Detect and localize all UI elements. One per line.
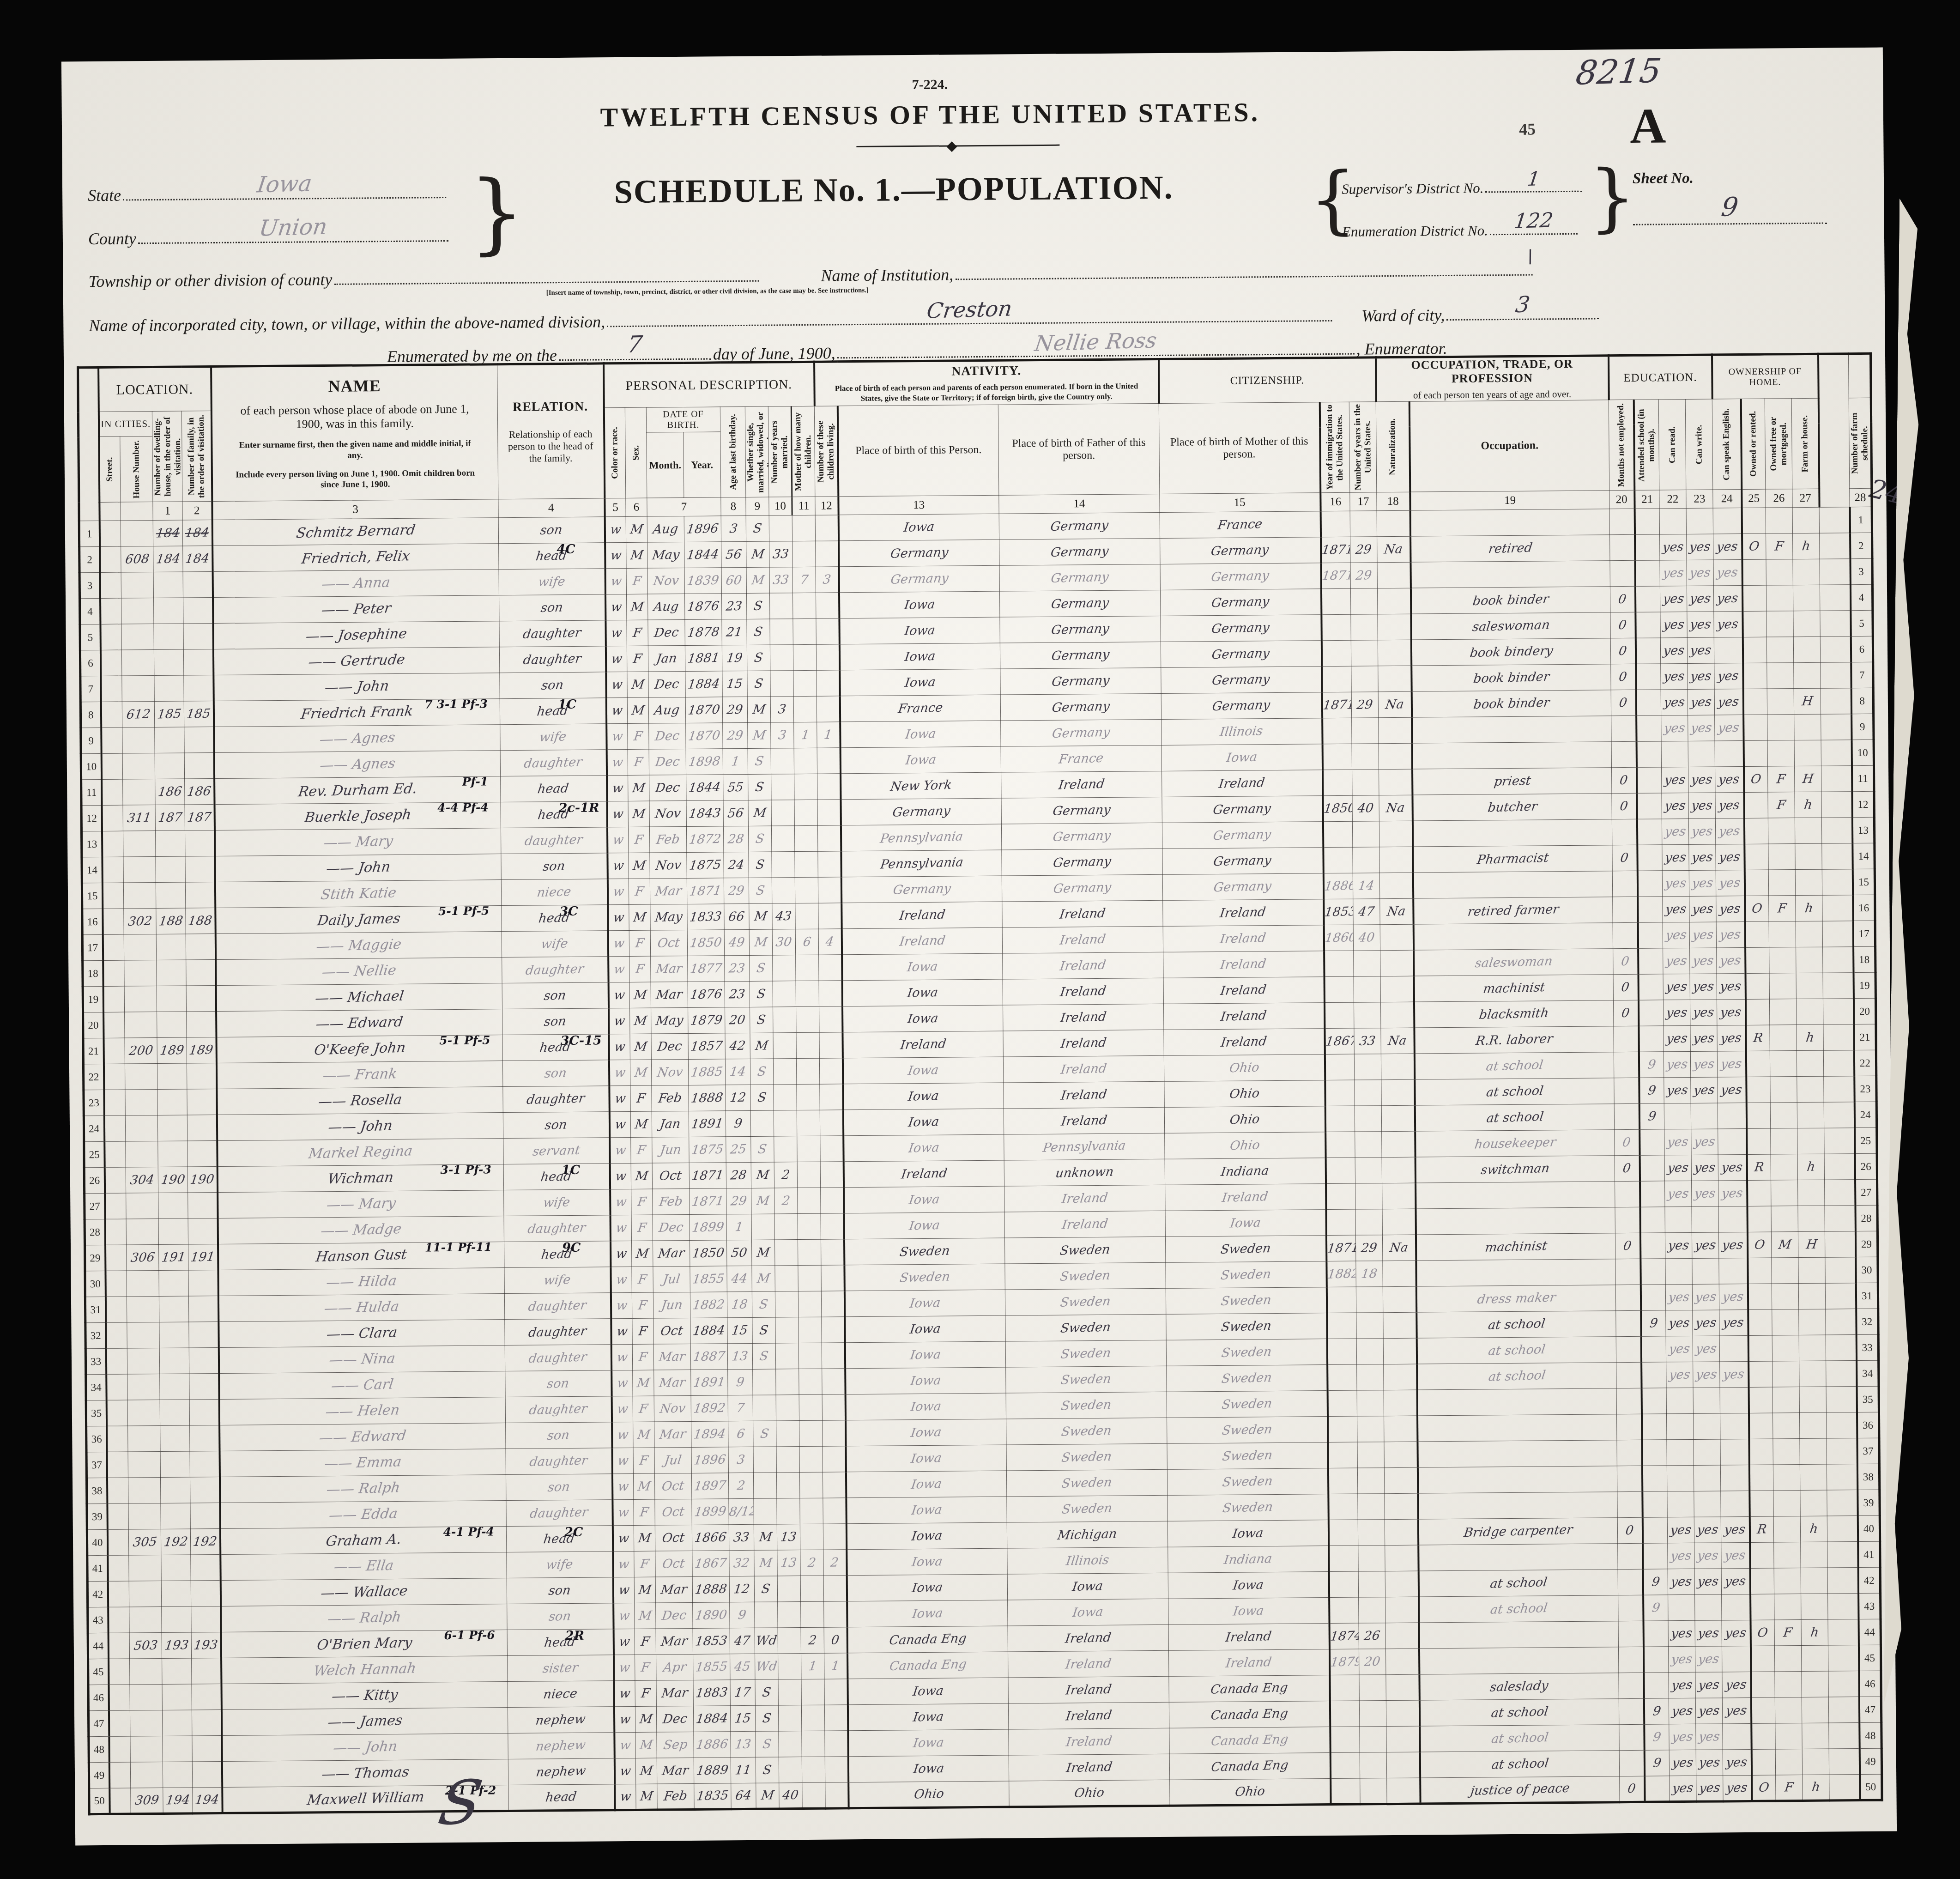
city-label: Name of incorporated city, town, or vill…	[89, 312, 605, 335]
cell-fam	[188, 1192, 218, 1218]
cell-co: w	[605, 516, 626, 542]
cell-co: w	[609, 1034, 630, 1060]
col-header-years-married: Number of years married.	[768, 406, 792, 497]
row-number-left: 38	[86, 1478, 107, 1503]
cell-cl	[820, 1136, 843, 1162]
cell-st	[105, 1245, 127, 1271]
cell-en	[1714, 637, 1742, 663]
cell-relation: son	[502, 1008, 609, 1035]
cell-fa: H	[1795, 766, 1821, 792]
cell-wr: yes	[1688, 663, 1714, 689]
col-header-color: Color or race.	[604, 407, 626, 498]
cell-cl	[817, 825, 841, 851]
cell-na	[1379, 743, 1412, 770]
cell-st	[102, 779, 123, 805]
cell-co: w	[605, 594, 626, 620]
cell-ma: S	[750, 1059, 773, 1085]
cell-mg	[1766, 611, 1793, 637]
cell-fs	[1822, 895, 1853, 921]
cell-fs	[1827, 1438, 1857, 1465]
cell-bf: Sweden	[1005, 1340, 1166, 1367]
cell-oc	[1419, 1647, 1619, 1674]
cell-ho: 302	[124, 908, 156, 934]
cell-yr: 1891	[691, 1370, 728, 1396]
cell-sc: 9	[1644, 1750, 1669, 1776]
cell-en: yes	[1717, 1025, 1746, 1051]
cell-yu: 33	[1354, 1028, 1381, 1054]
cell-rd: yes	[1662, 870, 1689, 896]
cell-fs	[1828, 1645, 1859, 1672]
cell-sx: F	[633, 1396, 654, 1422]
cell-rd: yes	[1665, 1232, 1692, 1258]
cell-bp: Iowa	[843, 1109, 1004, 1136]
row-number-left: 10	[81, 753, 101, 779]
cell-ym	[778, 1602, 801, 1628]
cell-dw	[162, 1606, 191, 1633]
cell-cl: 1	[824, 1653, 847, 1679]
cell-yr: 1888	[689, 1085, 726, 1111]
row-number-right: 16	[1853, 895, 1875, 921]
cell-ag: 1	[723, 748, 748, 774]
cell-yr: 1839	[684, 568, 721, 594]
cell-name: —— Emma	[219, 1449, 506, 1477]
cell-relation: son	[506, 1474, 612, 1501]
cell-ym	[770, 671, 793, 697]
cell-oc	[1417, 1440, 1617, 1467]
cell-sx: M	[631, 1241, 653, 1267]
col-header-naturalization: Naturalization.	[1376, 401, 1410, 492]
cell-dw	[159, 1270, 188, 1297]
cell-mn	[1612, 871, 1637, 897]
cell-name: Graham A.4-1 Pf-4	[220, 1527, 506, 1555]
cell-ag: 7	[728, 1395, 753, 1421]
cell-dw	[154, 675, 184, 702]
cell-relation: son	[506, 1422, 612, 1449]
row-number-left: 20	[83, 1012, 103, 1038]
cell-st	[101, 676, 122, 702]
cell-yr: 1867	[692, 1551, 729, 1577]
cell-name: Friedrich Frank7 3-1 Pf-3	[213, 699, 500, 727]
row-number-right: 23	[1854, 1076, 1876, 1102]
cell-bf: Germany	[1001, 797, 1162, 824]
cell-ho	[129, 1555, 161, 1581]
cell-mc	[799, 1420, 823, 1446]
cell-mg	[1772, 1284, 1798, 1309]
cell-rd: yes	[1660, 586, 1687, 612]
cell-st	[102, 857, 123, 883]
cell-rd: yes	[1665, 1284, 1692, 1310]
cell-ow	[1746, 1103, 1770, 1128]
cell-cl	[816, 593, 839, 618]
col-group-location: LOCATION.	[98, 367, 212, 412]
cell-name: Daily James5-1 Pf-5	[215, 906, 502, 934]
cell-oc: at school	[1418, 1570, 1618, 1597]
township-note: [Insert name of township, town, precinct…	[465, 285, 950, 298]
cell-mn	[1615, 1259, 1640, 1285]
cell-mn	[1612, 819, 1637, 845]
cell-relation: daughter	[505, 1345, 611, 1371]
cell-oc: R.R. laborer	[1414, 1026, 1614, 1054]
cell-mc	[801, 1601, 824, 1627]
cell-rd	[1668, 1594, 1695, 1620]
cell-im: 1879	[1330, 1649, 1359, 1675]
cell-en: yes	[1716, 896, 1745, 921]
cell-co: w	[611, 1396, 633, 1422]
cell-fs	[1821, 766, 1852, 792]
row-number-right: 24	[1854, 1102, 1876, 1127]
cell-bf: Ireland	[1002, 926, 1163, 953]
cell-bf: Ireland	[1003, 1004, 1164, 1031]
cell-mc: 2	[801, 1627, 824, 1653]
cell-yu	[1357, 1364, 1384, 1390]
cell-sx: F	[631, 1189, 653, 1215]
cell-sx: M	[634, 1577, 655, 1603]
cell-cl	[819, 1032, 842, 1058]
cell-sc	[1641, 1336, 1666, 1362]
cell-name: —— John	[217, 1113, 503, 1141]
row-number-left: 5	[80, 624, 100, 650]
cell-ym	[775, 1317, 799, 1343]
row-number-left: 41	[87, 1555, 108, 1581]
cell-mc: 7	[792, 567, 816, 593]
cell-wr	[1694, 1413, 1720, 1439]
cell-wr: yes	[1695, 1620, 1722, 1646]
cell-ho	[122, 676, 154, 702]
cell-ma	[753, 1447, 776, 1473]
cell-en	[1720, 1413, 1749, 1439]
cell-relation: daughter	[501, 827, 607, 854]
cell-ow	[1744, 870, 1768, 896]
cell-ho	[125, 1089, 157, 1115]
cell-yr: 1891	[689, 1111, 726, 1137]
row-number-right: 10	[1851, 739, 1874, 765]
row-number-right: 6	[1851, 636, 1873, 662]
cell-sc	[1640, 1285, 1665, 1310]
row-number-left: 44	[88, 1633, 108, 1659]
cell-co: w	[607, 853, 629, 879]
cell-sx: F	[628, 723, 649, 749]
cell-ow: O	[1750, 1620, 1774, 1646]
cell-mc	[793, 644, 816, 670]
cell-bp: Canada Eng	[847, 1626, 1008, 1653]
cell-fs	[1829, 1775, 1860, 1801]
cell-oc	[1412, 819, 1612, 847]
cell-ma: M	[749, 903, 772, 929]
cell-rd: yes	[1662, 767, 1688, 793]
cell-mo: Nov	[651, 1059, 688, 1085]
cell-ym	[776, 1447, 799, 1473]
cell-sx: M	[630, 1111, 652, 1137]
cell-fa	[1795, 843, 1822, 869]
cell-ma	[753, 1395, 776, 1421]
cell-ma: S	[752, 1291, 775, 1317]
cell-mo: Oct	[655, 1525, 692, 1551]
cell-oc	[1413, 871, 1612, 898]
cell-st	[105, 1193, 126, 1219]
cell-dw	[157, 1115, 187, 1141]
cell-ag: 33	[729, 1524, 754, 1550]
cell-im	[1326, 1209, 1355, 1236]
cell-fam	[189, 1373, 219, 1400]
cell-wr: yes	[1692, 1181, 1718, 1206]
row-number-left: 31	[85, 1297, 105, 1322]
cell-ym	[773, 1059, 796, 1085]
cell-co: w	[612, 1499, 634, 1525]
cell-co: w	[611, 1267, 632, 1292]
cell-na	[1379, 821, 1412, 847]
cell-mg	[1769, 921, 1796, 947]
cell-ho	[130, 1684, 162, 1710]
cell-cl	[825, 1782, 848, 1808]
col-header-age: Age at last birthday.	[720, 406, 746, 497]
col-header-can-speak: Can speak English.	[1712, 399, 1742, 490]
cell-bp: France	[840, 695, 1000, 722]
cell-wr	[1694, 1439, 1720, 1465]
cell-wr	[1691, 1103, 1718, 1129]
cell-cl	[824, 1705, 847, 1731]
cell-fam	[183, 598, 213, 624]
cell-relation: son	[501, 853, 607, 880]
cell-sx: M	[627, 697, 648, 723]
cell-cl	[816, 541, 839, 567]
cell-mc	[800, 1576, 823, 1601]
cell-ma: M	[751, 1240, 774, 1266]
cell-wr	[1688, 741, 1715, 767]
cell-mn: 0	[1613, 948, 1638, 974]
cell-sc	[1644, 1673, 1669, 1698]
cell-st	[100, 624, 121, 650]
cell-co: w	[609, 1085, 630, 1111]
cell-yr: 1884	[685, 671, 722, 697]
cell-fa	[1800, 1412, 1827, 1438]
cell-bf: Ireland	[1008, 1676, 1169, 1703]
cell-rd: yes	[1664, 1077, 1691, 1103]
cell-mo: Jul	[653, 1266, 690, 1292]
cell-rd: yes	[1668, 1620, 1695, 1646]
cell-ym: 33	[769, 567, 792, 593]
cell-wr: yes	[1688, 715, 1715, 741]
cell-oc: saleslady	[1419, 1673, 1619, 1700]
cell-relation: daughter	[500, 750, 606, 776]
sheet-value: 9	[1631, 189, 1829, 225]
cell-fam	[187, 1115, 217, 1141]
cell-sx: M	[628, 775, 649, 801]
cell-en: yes	[1716, 844, 1744, 870]
col-group-citizenship: CITIZENSHIP.	[1159, 358, 1376, 404]
cell-oc: retired	[1410, 535, 1610, 562]
cell-bm: Canada Eng	[1169, 1727, 1330, 1754]
cell-ym	[773, 981, 796, 1007]
cell-ag: 13	[731, 1731, 756, 1757]
cell-mc	[796, 955, 819, 981]
cell-mn: 0	[1611, 664, 1636, 690]
cell-mo: Jun	[653, 1292, 690, 1318]
row-number-left: 25	[84, 1141, 104, 1167]
cell-co: w	[607, 801, 628, 827]
row-number-left: 34	[86, 1374, 106, 1400]
cell-oc: Bridge carpenter	[1418, 1518, 1617, 1545]
cell-na	[1384, 1467, 1417, 1494]
cell-mg	[1775, 1646, 1802, 1672]
cell-fam	[192, 1761, 222, 1788]
cell-fam	[187, 1089, 217, 1115]
cell-fs	[1825, 1257, 1856, 1284]
cell-cl	[820, 1084, 843, 1110]
cell-mo: Jun	[652, 1137, 689, 1163]
cell-im	[1327, 1364, 1357, 1391]
cell-mc	[799, 1394, 822, 1420]
cell-ym: 33	[769, 541, 792, 567]
row-number-right: 4	[1851, 584, 1873, 610]
cell-name: O'Brien Mary6-1 Pf-6	[221, 1630, 507, 1658]
cell-ho: 306	[127, 1244, 159, 1271]
row-number-right: 41	[1858, 1541, 1880, 1567]
cell-bm: Ireland	[1164, 1003, 1325, 1030]
cell-name: —— Frank	[216, 1061, 502, 1089]
cell-oc	[1417, 1388, 1616, 1416]
cell-mn	[1610, 534, 1635, 560]
cell-oc: blacksmith	[1414, 1000, 1614, 1028]
cell-ym	[774, 1085, 797, 1110]
cell-name: —— Ella	[220, 1552, 507, 1581]
cell-yu: 40	[1353, 925, 1380, 951]
row-number-right: 39	[1857, 1490, 1880, 1515]
cell-yu	[1358, 1571, 1385, 1597]
cell-mg	[1770, 1077, 1797, 1103]
cell-st	[109, 1762, 130, 1788]
cell-sx: M	[630, 1060, 651, 1085]
cell-oc: priest	[1412, 768, 1612, 795]
cell-fa	[1797, 1128, 1824, 1154]
cell-wr: yes	[1692, 1284, 1719, 1310]
cell-bm: Sweden	[1166, 1313, 1327, 1340]
cell-mg	[1775, 1749, 1802, 1775]
cell-oc: at school	[1417, 1363, 1616, 1390]
cell-bm: Ireland	[1169, 1649, 1330, 1677]
cell-mo: Sep	[657, 1732, 694, 1758]
cell-ag: 9	[728, 1369, 753, 1395]
cell-co: w	[607, 827, 628, 853]
cell-na	[1384, 1364, 1417, 1390]
cell-wr: yes	[1689, 922, 1716, 948]
cell-im	[1321, 640, 1351, 667]
cell-bp: Iowa	[845, 1341, 1005, 1369]
cell-mg	[1769, 947, 1796, 973]
cell-fs	[1825, 1206, 1855, 1232]
cell-oc: at school	[1419, 1699, 1619, 1726]
cell-ag: 60	[721, 567, 746, 593]
cell-dw: 193	[162, 1632, 191, 1659]
cell-mn	[1615, 1285, 1640, 1310]
cell-relation: daughter	[502, 957, 608, 983]
cell-ym	[773, 955, 796, 981]
row-number-left: 2	[79, 546, 100, 572]
cell-sc	[1637, 871, 1662, 897]
row-number-right: 3	[1850, 558, 1872, 584]
cell-yu: 29	[1351, 692, 1378, 718]
row-number-right: 38	[1857, 1464, 1879, 1490]
cell-en: yes	[1713, 534, 1742, 560]
cell-yu: 20	[1359, 1649, 1386, 1675]
cell-mn	[1617, 1466, 1642, 1491]
col-subgroup-in-cities: IN CITIES.	[98, 412, 152, 437]
cell-na	[1380, 976, 1414, 1002]
cell-cl	[816, 618, 839, 644]
cell-cl	[821, 1239, 844, 1265]
cell-mo: Feb	[657, 1783, 694, 1810]
cell-dw: 186	[155, 779, 185, 805]
cell-dw	[156, 934, 186, 960]
cell-ow	[1742, 585, 1766, 611]
cell-relation: son	[505, 1370, 611, 1397]
cell-ow	[1749, 1465, 1773, 1491]
cell-mo: Mar	[651, 956, 688, 982]
cell-yu	[1359, 1675, 1386, 1701]
cell-rd	[1666, 1388, 1693, 1413]
cell-ow	[1749, 1439, 1773, 1465]
cell-mc	[794, 825, 817, 851]
cell-en: yes	[1715, 715, 1743, 740]
cell-fa	[1802, 1645, 1828, 1671]
cell-co: w	[612, 1473, 633, 1499]
cell-ma: M	[748, 800, 771, 826]
col-header-house-number: House Number.	[120, 436, 153, 503]
cell-im	[1325, 1054, 1354, 1080]
row-number-right: 36	[1857, 1412, 1879, 1438]
cell-ho	[121, 598, 154, 624]
cell-en: yes	[1715, 766, 1744, 792]
cell-en: yes	[1715, 818, 1744, 844]
cell-ow	[1749, 1413, 1773, 1439]
cell-yu	[1358, 1520, 1385, 1546]
cell-ag: 9	[730, 1602, 755, 1628]
cell-ym: 13	[777, 1524, 800, 1550]
enumeration-label: Enumeration District No.	[1342, 222, 1488, 239]
cell-mc	[798, 1291, 821, 1317]
row-number-left: 47	[88, 1710, 109, 1736]
cell-ag: 23	[721, 593, 746, 619]
cell-dw	[154, 624, 183, 650]
cell-ow	[1743, 663, 1767, 689]
cell-dw	[160, 1451, 190, 1478]
ornament-diamond-icon: ◆	[946, 138, 957, 154]
cell-cl	[824, 1601, 847, 1627]
cell-bf: Sweden	[1005, 1314, 1166, 1341]
cell-ym	[775, 1343, 799, 1369]
cell-fam	[189, 1321, 218, 1348]
cell-mc	[798, 1265, 821, 1291]
cell-im: 1871	[1322, 692, 1351, 718]
cell-en: yes	[1718, 1154, 1747, 1180]
cell-fa: h	[1800, 1516, 1827, 1542]
row-number-right: 35	[1857, 1386, 1879, 1412]
cell-st	[100, 598, 121, 624]
cell-ma: Wd	[755, 1654, 778, 1679]
cell-ym	[776, 1421, 799, 1447]
cell-ag: 13	[727, 1343, 752, 1369]
cell-na	[1384, 1416, 1417, 1442]
cell-bf: Germany	[999, 512, 1160, 539]
cell-st	[101, 753, 122, 779]
cell-dw	[160, 1477, 190, 1503]
cell-st	[99, 521, 121, 546]
cell-st	[103, 1064, 125, 1090]
row-number-right: 26	[1855, 1153, 1877, 1179]
cell-sx: M	[634, 1525, 655, 1551]
row-number-right: 13	[1852, 817, 1874, 843]
cell-fa: h	[1797, 1024, 1823, 1050]
cell-rd: yes	[1666, 1310, 1693, 1336]
